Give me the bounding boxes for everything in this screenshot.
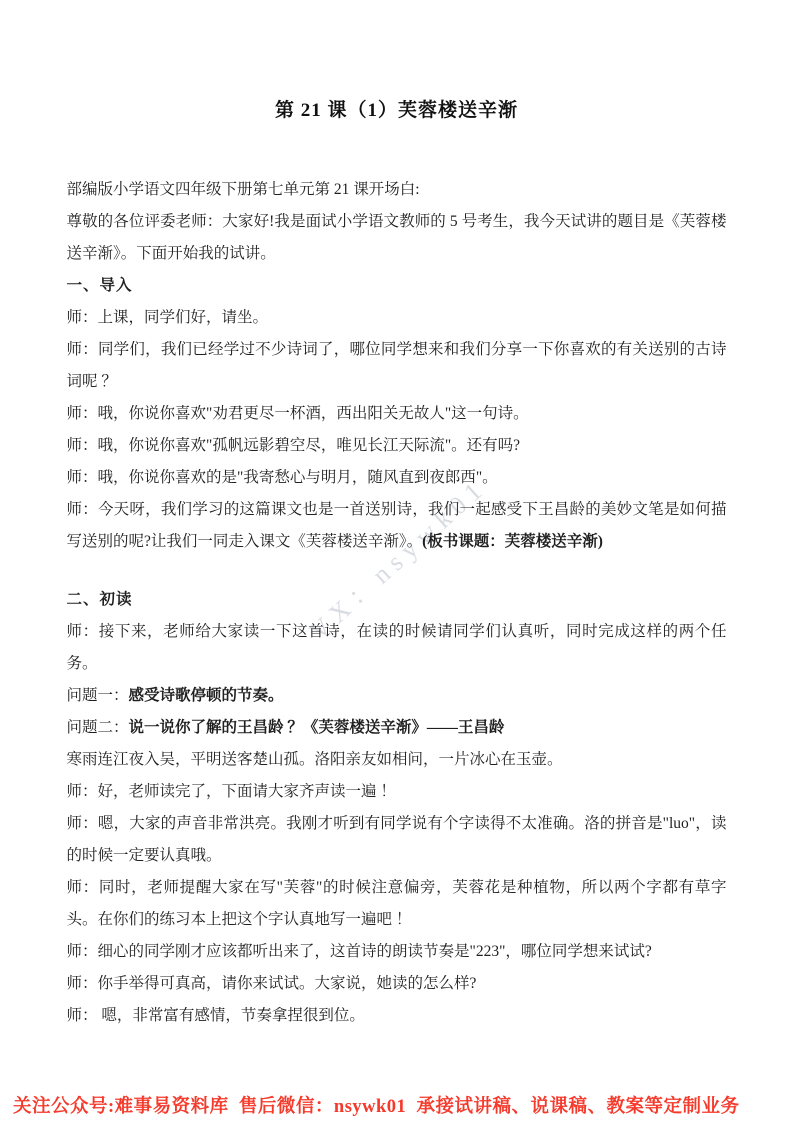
paragraph: 尊敬的各位评委老师：大家好!我是面试小学语文教师的 5 号考生，我今天试讲的题目…	[67, 206, 727, 270]
text-run: 二、初读	[67, 591, 133, 608]
paragraph: 师：嗯，大家的声音非常洪亮。我刚才听到有同学说有个字读得不太准确。洛的拼音是"l…	[67, 808, 727, 872]
footer-promo: 关注公众号:难事易资料库 售后微信：nsywk01 承接试讲稿、说课稿、教案等定…	[0, 1092, 793, 1118]
section-heading: 一、导入	[67, 270, 727, 302]
text-run: 师：上课，同学们好，请坐。	[67, 309, 269, 326]
text-run: 部编版小学语文四年级下册第七单元第 21 课开场白:	[67, 181, 420, 198]
paragraph: 师：好，老师读完了，下面请大家齐声读一遍 ！	[67, 776, 727, 808]
text-run: 师：嗯，大家的声音非常洪亮。我刚才听到有同学说有个字读得不太准确。洛的拼音是"l…	[67, 815, 727, 864]
text-run: 师：今天呀，我们学习的这篇课文也是一首送别诗，我们一起感受下王昌龄的美妙文笔是如…	[67, 501, 727, 550]
paragraph: 师：上课，同学们好，请坐。	[67, 302, 727, 334]
paragraph: 师： 嗯，非常富有感情，节奏拿捏很到位。	[67, 1000, 727, 1032]
text-run: 问题二：	[67, 719, 129, 736]
text-run: 师：好，老师读完了，下面请大家齐声读一遍 ！	[67, 783, 396, 800]
text-run: 问题一：	[67, 687, 129, 704]
text-run: (板书课题：芙蓉楼送辛渐)	[422, 533, 603, 550]
text-run: 师：同学们，我们已经学过不少诗词了，哪位同学想来和我们分享一下你喜欢的有关送别的…	[67, 341, 727, 390]
paragraph: 部编版小学语文四年级下册第七单元第 21 课开场白:	[67, 174, 727, 206]
paragraph: 师：今天呀，我们学习的这篇课文也是一首送别诗，我们一起感受下王昌龄的美妙文笔是如…	[67, 494, 727, 558]
paragraph: 师：细心的同学刚才应该都听出来了，这首诗的朗读节奏是"223"，哪位同学想来试试…	[67, 936, 727, 968]
paragraph: 寒雨连江夜入吴，平明送客楚山孤。洛阳亲友如相问，一片冰心在玉壶。	[67, 744, 727, 776]
text-run: 师：接下来，老师给大家读一下这首诗，在读的时候请同学们认真听，同时完成这样的两个…	[67, 623, 727, 672]
text-run: 师：你手举得可真高，请你来试试。大家说，她读的怎么样?	[67, 975, 477, 992]
paragraph: 问题二：说一说你了解的王昌龄 ？《芙蓉楼送辛渐》——王昌龄	[67, 712, 727, 744]
document-body: 部编版小学语文四年级下册第七单元第 21 课开场白:尊敬的各位评委老师：大家好!…	[67, 174, 727, 1032]
paragraph-spacer	[67, 558, 727, 584]
text-run: 一、导入	[67, 277, 133, 294]
section-heading: 二、初读	[67, 584, 727, 616]
text-run: 师：同时，老师提醒大家在写"芙蓉"的时候注意偏旁，芙蓉花是种植物，所以两个字都有…	[67, 879, 727, 928]
paragraph: 问题一：感受诗歌停顿的节奏。	[67, 680, 727, 712]
page-title: 第 21 课（1）芙蓉楼送辛渐	[0, 0, 793, 122]
text-run: 师：哦，你说你喜欢"劝君更尽一杯酒，西出阳关无故人"这一句诗。	[67, 405, 529, 422]
text-run: 师： 嗯，非常富有感情，节奏拿捏很到位。	[67, 1007, 365, 1024]
paragraph: 师：你手举得可真高，请你来试试。大家说，她读的怎么样?	[67, 968, 727, 1000]
text-run: 寒雨连江夜入吴，平明送客楚山孤。洛阳亲友如相问，一片冰心在玉壶。	[67, 751, 563, 768]
paragraph: 师：同学们，我们已经学过不少诗词了，哪位同学想来和我们分享一下你喜欢的有关送别的…	[67, 334, 727, 398]
text-run: 师：细心的同学刚才应该都听出来了，这首诗的朗读节奏是"223"，哪位同学想来试试…	[67, 943, 652, 960]
paragraph: 师：接下来，老师给大家读一下这首诗，在读的时候请同学们认真听，同时完成这样的两个…	[67, 616, 727, 680]
paragraph: 师：哦，你说你喜欢的是"我寄愁心与明月，随风直到夜郎西"。	[67, 462, 727, 494]
document-page: 第 21 课（1）芙蓉楼送辛渐 VX：nsywk01 部编版小学语文四年级下册第…	[0, 0, 793, 1122]
paragraph: 师：哦，你说你喜欢"孤帆远影碧空尽，唯见长江天际流"。还有吗?	[67, 430, 727, 462]
paragraph: 师：哦，你说你喜欢"劝君更尽一杯酒，西出阳关无故人"这一句诗。	[67, 398, 727, 430]
text-run: 感受诗歌停顿的节奏。	[129, 687, 284, 704]
text-run: 师：哦，你说你喜欢的是"我寄愁心与明月，随风直到夜郎西"。	[67, 469, 498, 486]
paragraph: 师：同时，老师提醒大家在写"芙蓉"的时候注意偏旁，芙蓉花是种植物，所以两个字都有…	[67, 872, 727, 936]
text-run: 师：哦，你说你喜欢"孤帆远影碧空尽，唯见长江天际流"。还有吗?	[67, 437, 521, 454]
text-run: 尊敬的各位评委老师：大家好!我是面试小学语文教师的 5 号考生，我今天试讲的题目…	[67, 213, 727, 262]
text-run: 说一说你了解的王昌龄 ？《芙蓉楼送辛渐》——王昌龄	[129, 719, 505, 736]
